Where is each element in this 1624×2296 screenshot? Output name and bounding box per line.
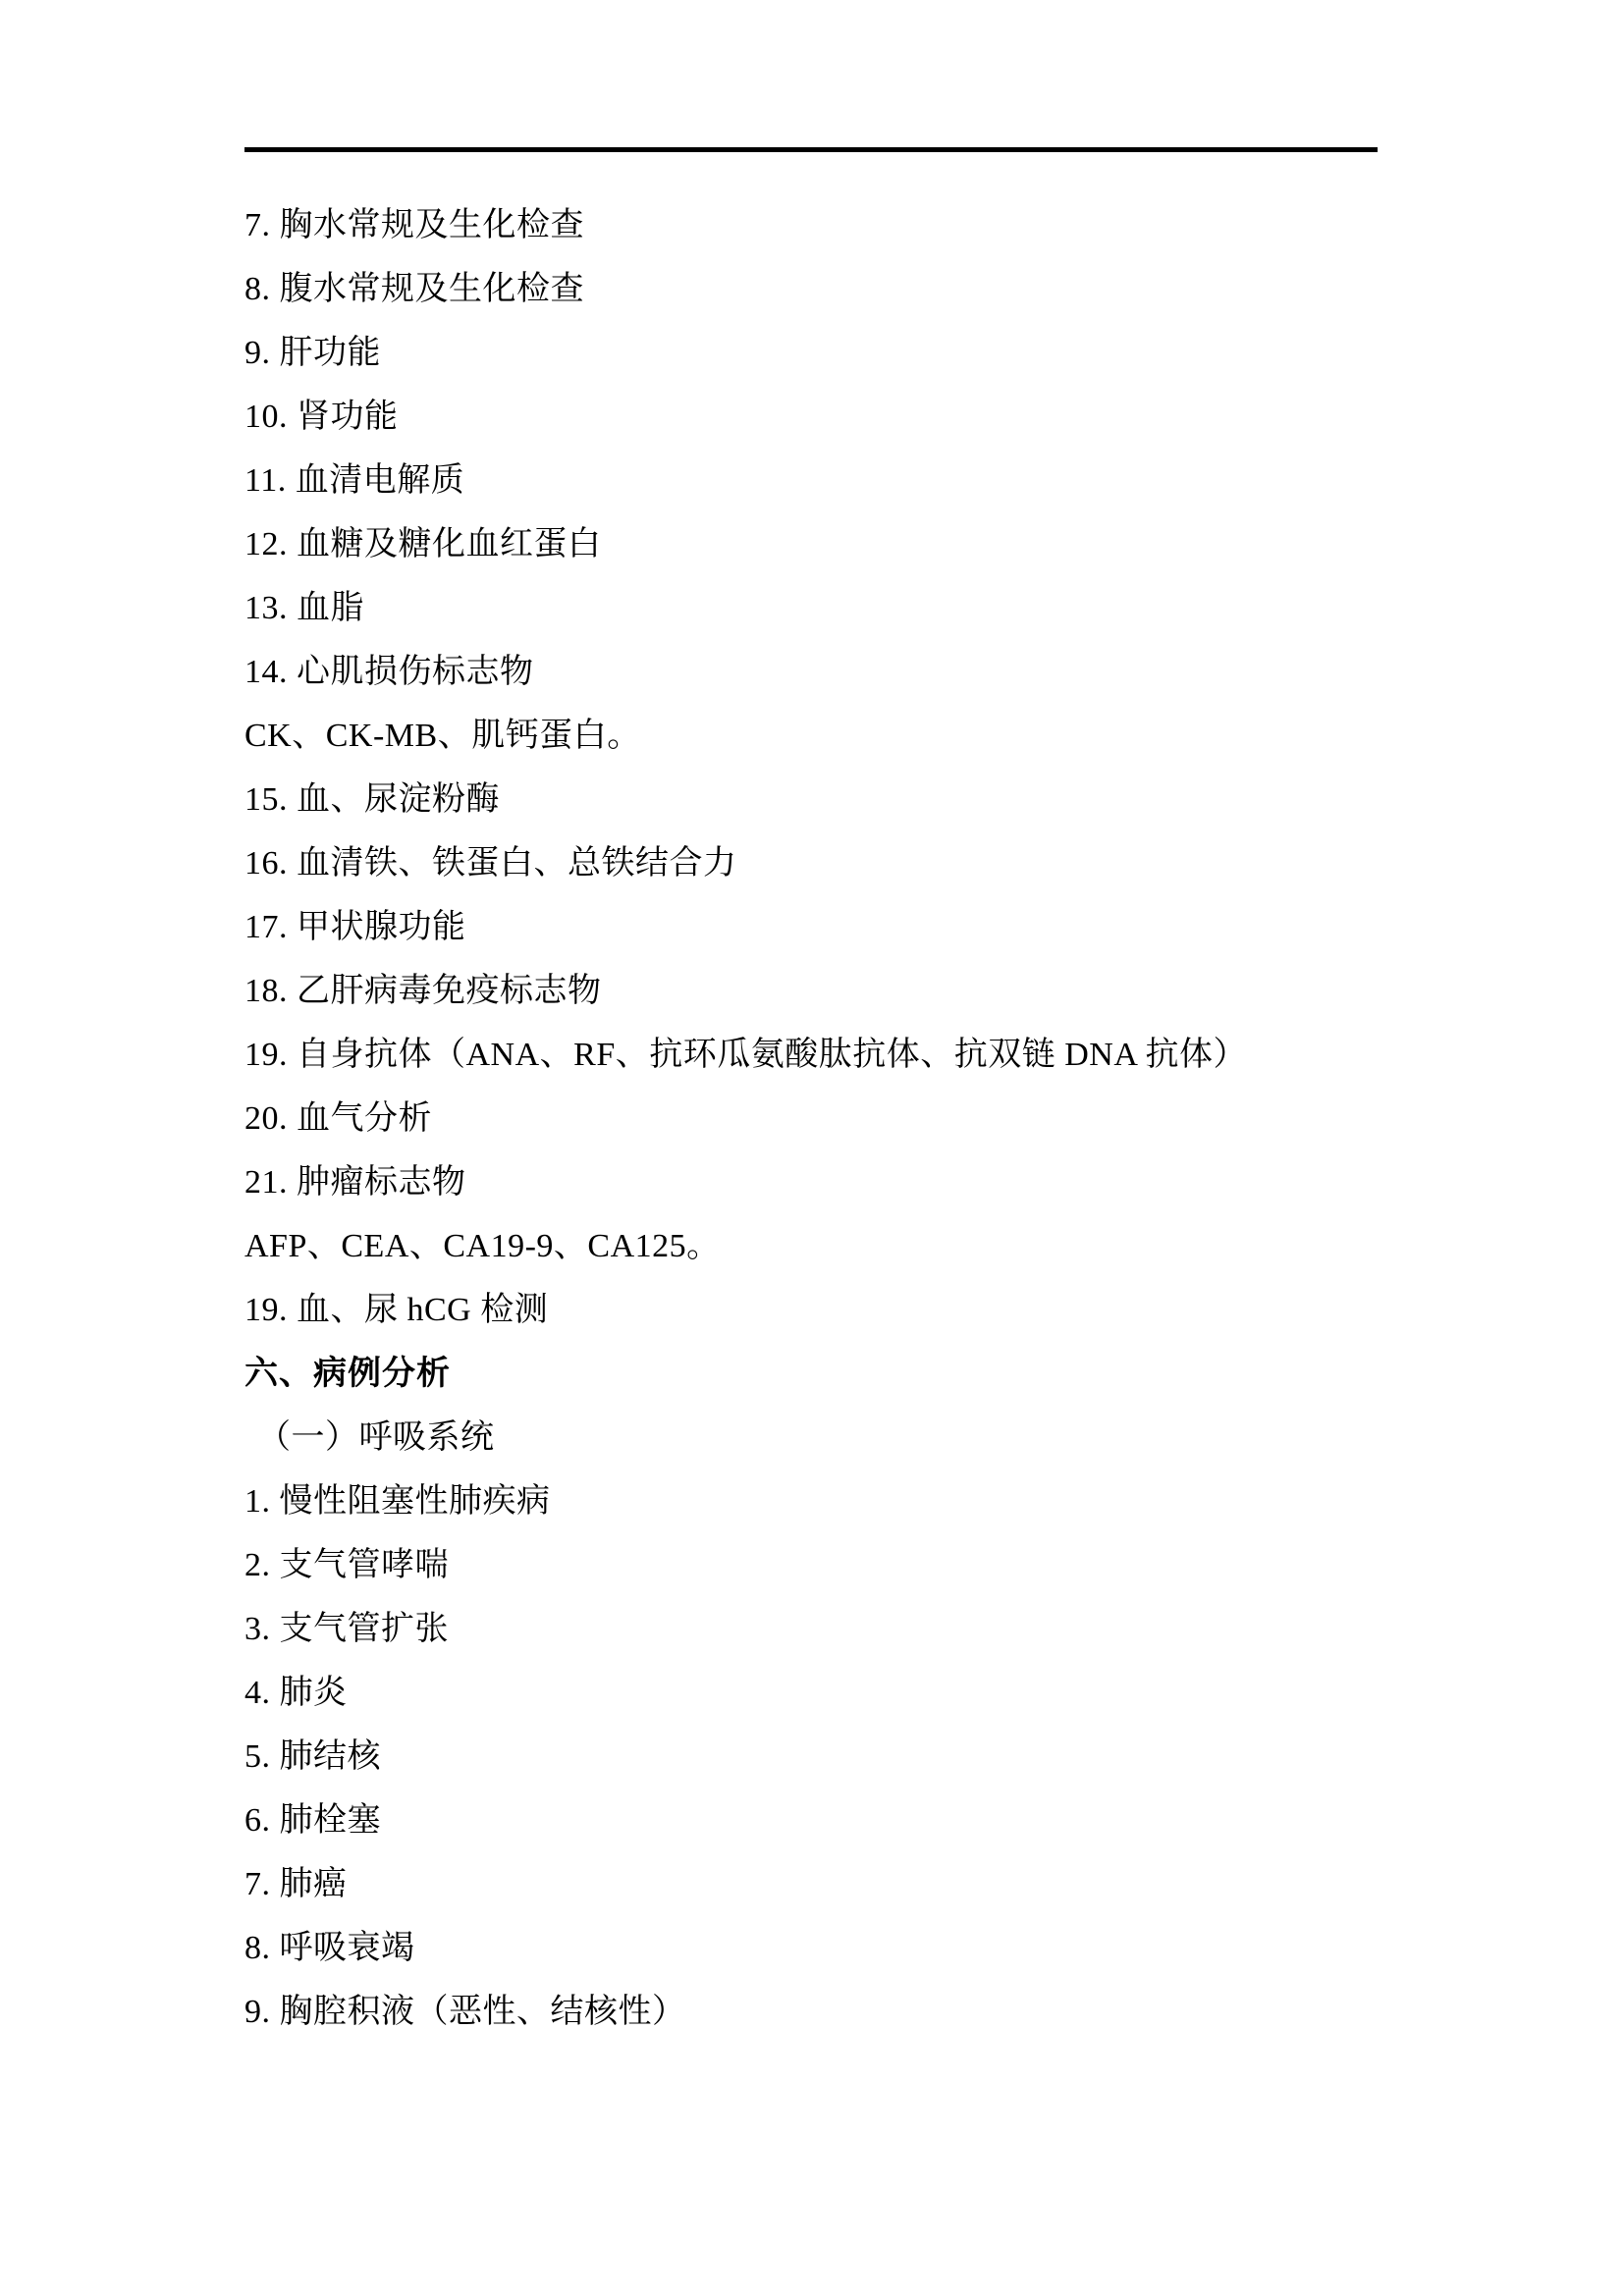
- subsection-heading-respiratory-system: （一）呼吸系统: [244, 1406, 1526, 1469]
- header-rule: [244, 147, 1378, 152]
- doc-line: 8. 腹水常规及生化检查: [244, 257, 1526, 321]
- doc-line: 17. 甲状腺功能: [244, 895, 1526, 959]
- doc-line: 3. 支气管扩张: [244, 1597, 1526, 1661]
- doc-line: 5. 肺结核: [244, 1725, 1526, 1789]
- doc-line: 14. 心肌损伤标志物: [244, 640, 1526, 704]
- doc-line: 8. 呼吸衰竭: [244, 1916, 1526, 1980]
- doc-line: CK、CK-MB、肌钙蛋白。: [244, 704, 1526, 768]
- doc-line: 6. 肺栓塞: [244, 1789, 1526, 1852]
- document-page: 7. 胸水常规及生化检查 8. 腹水常规及生化检查 9. 肝功能 10. 肾功能…: [0, 0, 1624, 2296]
- doc-line: 19. 血、尿 hCG 检测: [244, 1278, 1526, 1342]
- doc-line: 20. 血气分析: [244, 1087, 1526, 1150]
- doc-line: 12. 血糖及糖化血红蛋白: [244, 512, 1526, 576]
- doc-line: 7. 胸水常规及生化检查: [244, 193, 1526, 257]
- doc-line: 13. 血脂: [244, 576, 1526, 640]
- doc-line: 10. 肾功能: [244, 385, 1526, 449]
- doc-line: 4. 肺炎: [244, 1661, 1526, 1725]
- doc-line: AFP、CEA、CA19-9、CA125。: [244, 1214, 1526, 1278]
- doc-line: 11. 血清电解质: [244, 449, 1526, 512]
- doc-line: 16. 血清铁、铁蛋白、总铁结合力: [244, 831, 1526, 895]
- doc-line: 9. 胸腔积液（恶性、结核性）: [244, 1980, 1526, 2044]
- doc-line: 21. 肿瘤标志物: [244, 1150, 1526, 1214]
- doc-line: 1. 慢性阻塞性肺疾病: [244, 1469, 1526, 1533]
- doc-line: 9. 肝功能: [244, 321, 1526, 385]
- doc-line: 2. 支气管哮喘: [244, 1533, 1526, 1597]
- doc-line: 7. 肺癌: [244, 1852, 1526, 1916]
- doc-line: 18. 乙肝病毒免疫标志物: [244, 959, 1526, 1023]
- section-heading-case-analysis: 六、病例分析: [244, 1342, 1526, 1406]
- doc-line: 15. 血、尿淀粉酶: [244, 768, 1526, 831]
- document-body: 7. 胸水常规及生化检查 8. 腹水常规及生化检查 9. 肝功能 10. 肾功能…: [244, 193, 1526, 2044]
- doc-line: 19. 自身抗体（ANA、RF、抗环瓜氨酸肽抗体、抗双链 DNA 抗体）: [244, 1023, 1526, 1087]
